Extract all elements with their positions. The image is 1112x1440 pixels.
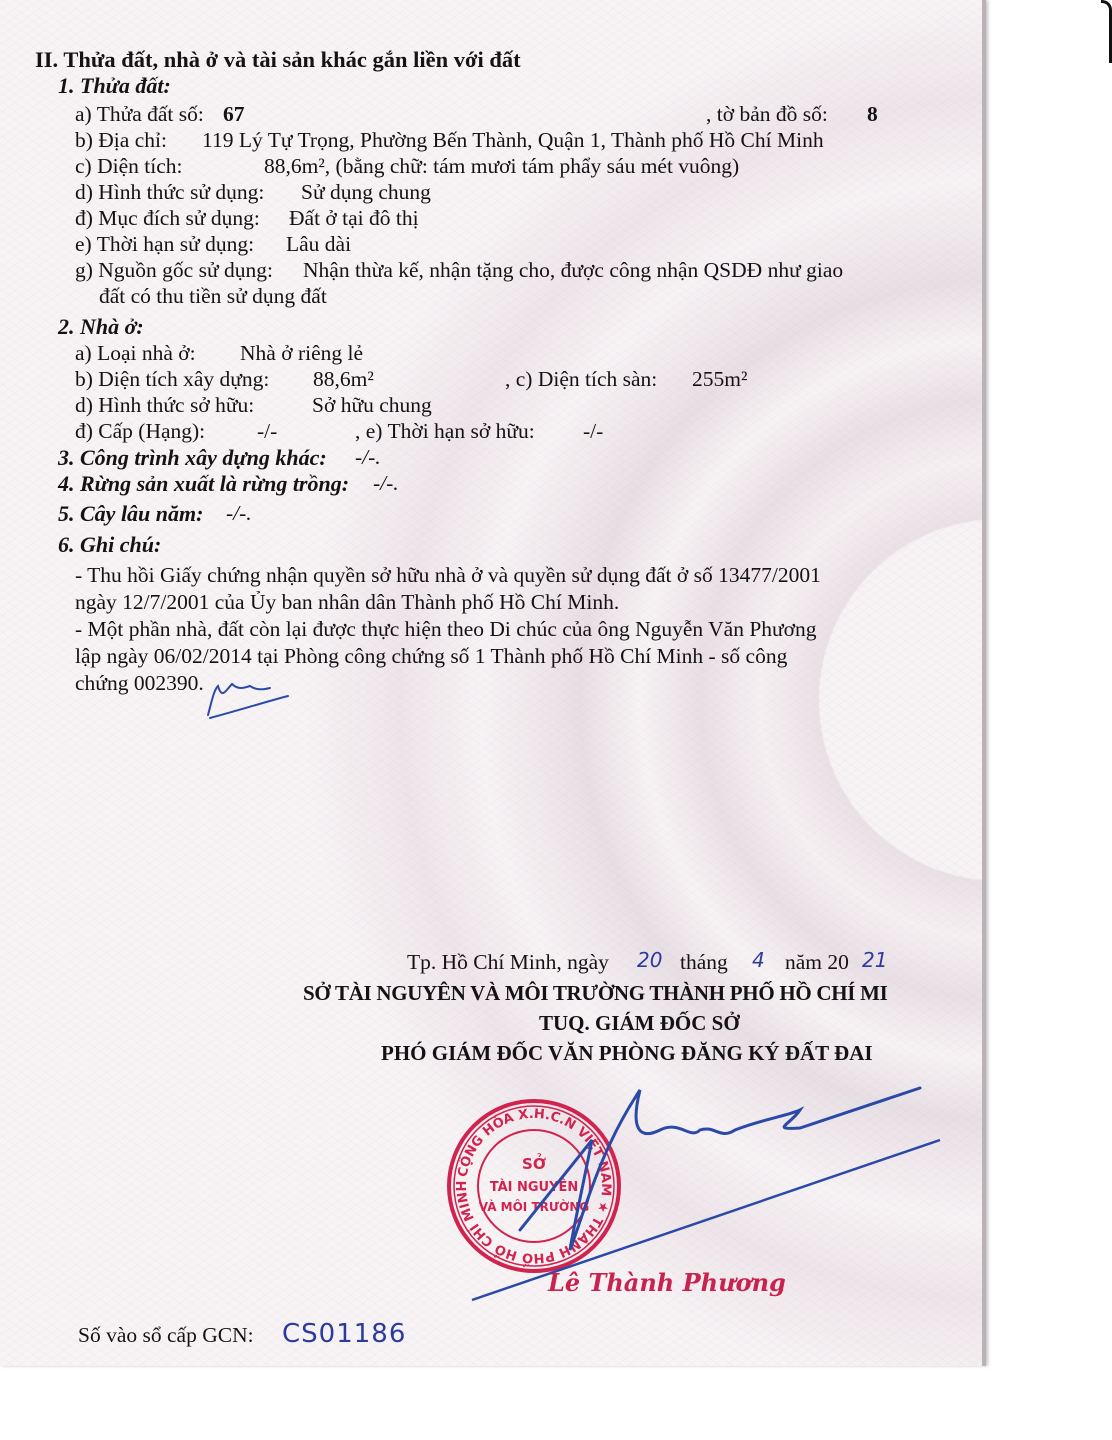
perennial-value: -/-. xyxy=(226,503,252,525)
seal-center-1: SỞ xyxy=(522,1152,546,1173)
registry-value: CS01186 xyxy=(282,1321,406,1347)
house-type-value: Nhà ở riêng lẻ xyxy=(240,343,363,365)
area-label: c) Diện tích: xyxy=(75,156,182,178)
signing-org: SỞ TÀI NGUYÊN VÀ MÔI TRƯỜNG THÀNH PHỐ HỒ… xyxy=(303,983,887,1004)
signing-role-1: TUQ. GIÁM ĐỐC SỞ xyxy=(539,1013,740,1034)
use-form-value: Sử dụng chung xyxy=(301,182,431,204)
scan-corner-mark xyxy=(1101,0,1112,63)
floor-area-label: , c) Diện tích sàn: xyxy=(505,369,657,391)
seal-center-3: VÀ MÔI TRƯỜNG xyxy=(479,1199,590,1214)
signing-year-label: năm 20 xyxy=(785,952,849,974)
origin-label: g) Nguồn gốc sử dụng: xyxy=(75,260,273,282)
section-title: II. Thửa đất, nhà ở và tài sản khác gắn … xyxy=(35,49,521,72)
use-form-label: d) Hình thức sử dụng: xyxy=(75,182,264,204)
build-area-value: 88,6m² xyxy=(313,369,374,391)
signing-year-suffix: 21 xyxy=(862,950,887,970)
purpose-label: đ) Mục đích sử dụng: xyxy=(75,208,260,230)
own-term-value: -/- xyxy=(583,421,603,443)
grade-value: -/- xyxy=(257,421,277,443)
note-line: ngày 12/7/2001 của Ủy ban nhân dân Thành… xyxy=(75,592,619,614)
origin-value-line1: Nhận thừa kế, nhận tặng cho, được công n… xyxy=(303,260,843,282)
parcel-value: 67 xyxy=(223,104,245,126)
map-sheet-label: , tờ bản đồ số: xyxy=(706,104,828,126)
forest-label: 4. Rừng sản xuất là rừng trồng: xyxy=(58,473,349,495)
ownership-label: d) Hình thức sở hữu: xyxy=(75,395,254,417)
parcel-label: a) Thửa đất số: xyxy=(75,104,204,126)
signing-month: 4 xyxy=(752,950,765,970)
term-label: e) Thời hạn sử dụng: xyxy=(75,234,254,256)
build-area-label: b) Diện tích xây dựng: xyxy=(75,369,269,391)
purpose-value: Đất ở tại đô thị xyxy=(289,208,419,230)
own-term-label: , e) Thời hạn sở hữu: xyxy=(355,421,535,443)
seal-center-2: TÀI NGUYÊN xyxy=(490,1179,579,1195)
signing-month-label: tháng xyxy=(680,952,728,974)
note-line: lập ngày 06/02/2014 tại Phòng công chứng… xyxy=(75,646,787,668)
floor-area-value: 255m² xyxy=(692,369,747,391)
address-label: b) Địa chỉ: xyxy=(75,130,167,152)
note-line: chứng 002390. xyxy=(75,673,204,695)
note-line: - Một phần nhà, đất còn lại được thực hi… xyxy=(75,619,817,641)
map-sheet-value: 8 xyxy=(867,104,878,126)
signing-day: 20 xyxy=(637,950,662,970)
construction-label: 3. Công trình xây dựng khác: xyxy=(58,447,327,469)
address-value: 119 Lý Tự Trọng, Phường Bến Thành, Quận … xyxy=(202,130,824,152)
signing-role-2: PHÓ GIÁM ĐỐC VĂN PHÒNG ĐĂNG KÝ ĐẤT ĐAI xyxy=(381,1043,873,1064)
registry-label: Số vào sổ cấp GCN: xyxy=(78,1325,254,1347)
signer-name: Lê Thành Phương xyxy=(548,1268,786,1297)
signing-place-prefix: Tp. Hồ Chí Minh, ngày xyxy=(407,952,609,974)
origin-value-line2: đất có thu tiền sử dụng đất xyxy=(99,286,327,308)
construction-value: -/-. xyxy=(355,447,381,469)
grade-label: đ) Cấp (Hạng): xyxy=(75,421,205,443)
house-heading: 2. Nhà ở: xyxy=(58,316,144,338)
area-value: 88,6m², (bằng chữ: tám mươi tám phẩy sáu… xyxy=(264,156,739,178)
house-type-label: a) Loại nhà ở: xyxy=(75,343,196,365)
note-line: - Thu hồi Giấy chứng nhận quyền sở hữu n… xyxy=(75,565,821,587)
perennial-label: 5. Cây lâu năm: xyxy=(58,503,203,525)
official-seal-icon: CỘNG HÒA X.H.C.N VIỆT NAM ★ THÀNH PHỐ HỒ… xyxy=(445,1097,623,1275)
term-value: Lâu dài xyxy=(286,234,351,256)
land-heading: 1. Thửa đất: xyxy=(58,75,171,97)
forest-value: -/-. xyxy=(373,473,399,495)
notes-heading: 6. Ghi chú: xyxy=(58,534,161,556)
ownership-value: Sở hữu chung xyxy=(312,395,432,417)
